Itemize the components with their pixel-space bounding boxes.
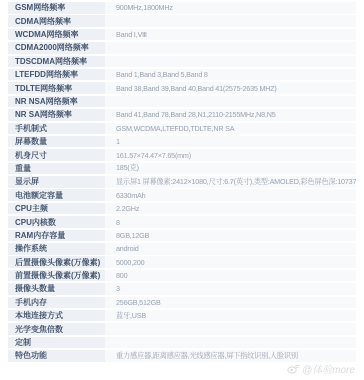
spec-table: GSM网络频率900MHz,1800MHzCDMA网络频率WCDMA网络频率Ba… [8, 2, 356, 364]
spec-value: 5000,200 [116, 258, 144, 267]
spec-value-cell: Band 41,Band 78,Band 28,N1,2110-2155MHz,… [105, 109, 356, 121]
spec-value-cell: 3 [105, 283, 356, 295]
spec-row: CDMA网络频率 [8, 15, 356, 27]
spec-label-cell: CPU主频 [8, 203, 105, 215]
spec-row: 本地连接方式蓝牙,USB [8, 310, 356, 322]
spec-value-cell: 2.2GHz [105, 203, 356, 215]
spec-label: CPU内核数 [15, 217, 56, 228]
spec-row: 摄像头数量3 [8, 283, 356, 295]
spec-value: 1 [116, 137, 120, 146]
spec-row: LTEFDD网络频率Band 1,Band 3,Band 5,Band 8 [8, 69, 356, 81]
spec-value-cell: 256GB,512GB [105, 297, 356, 309]
spec-label-cell: 手机内存 [8, 297, 105, 309]
spec-value-cell: Band Ⅰ,Ⅷ [105, 29, 356, 41]
spec-value-cell: 8GB,12GB [105, 230, 356, 242]
spec-label-cell: TDSCDMA网络频率 [8, 56, 105, 68]
spec-label-cell: 前置摄像头像素(万像素) [8, 270, 105, 282]
spec-label-cell: CDMA网络频率 [8, 15, 105, 27]
spec-value-cell [105, 337, 356, 349]
spec-row: CPU内核数8 [8, 216, 356, 228]
spec-label: 电池额定容量 [15, 190, 63, 201]
spec-value: 8 [116, 218, 120, 227]
spec-row: 手机内存256GB,512GB [8, 297, 356, 309]
spec-label: 机身尺寸 [15, 150, 47, 161]
spec-row: TDLTE网络频率Band 38,Band 39,Band 40,Band 41… [8, 82, 356, 94]
spec-label-cell: 显示屏 [8, 176, 105, 188]
spec-value: 显示屏1 屏幕像素:2412×1080,尺寸:6.7(英寸),类型:AMOLED… [116, 177, 356, 187]
spec-value-cell: 5000,200 [105, 256, 356, 268]
spec-label-cell: LTEFDD网络频率 [8, 69, 105, 81]
spec-label: 重量 [15, 163, 31, 174]
spec-value: Band 41,Band 78,Band 28,N1,2110-2155MHz,… [116, 110, 276, 119]
spec-value-cell [105, 15, 356, 27]
spec-row: RAM内存容量8GB,12GB [8, 230, 356, 242]
spec-row: 操作系统android [8, 243, 356, 255]
spec-label: CDMA2000网络频率 [15, 42, 89, 53]
spec-value: Band 1,Band 3,Band 5,Band 8 [116, 70, 208, 79]
spec-label: 定制 [15, 337, 31, 348]
spec-value: 蓝牙,USB [116, 311, 146, 321]
spec-row: 重量185(克) [8, 163, 356, 175]
spec-label-cell: CPU内核数 [8, 216, 105, 228]
spec-row: 电池额定容量6330mAh [8, 189, 356, 201]
spec-label: TDLTE网络频率 [15, 83, 72, 94]
spec-value-cell: 900MHz,1800MHz [105, 2, 356, 14]
spec-label-cell: 摄像头数量 [8, 283, 105, 295]
spec-label-cell: 本地连接方式 [8, 310, 105, 322]
spec-value: 256GB,512GB [116, 298, 161, 307]
spec-row: 屏幕数量1 [8, 136, 356, 148]
spec-value-cell: 蓝牙,USB [105, 310, 356, 322]
spec-label: 后置摄像头像素(万像素) [15, 257, 100, 268]
spec-label: CPU主频 [15, 203, 48, 214]
spec-row: 后置摄像头像素(万像素)5000,200 [8, 256, 356, 268]
spec-value-cell [105, 323, 356, 335]
weibo-icon [287, 363, 300, 374]
spec-value-cell: GSM,WCDMA,LTEFDD,TDLTE,NR SA [105, 123, 356, 135]
spec-value-cell: 800 [105, 270, 356, 282]
spec-row: NR SA网络频率Band 41,Band 78,Band 28,N1,2110… [8, 109, 356, 121]
spec-value: android [116, 244, 139, 253]
spec-label: 操作系统 [15, 243, 47, 254]
spec-label-cell: RAM内存容量 [8, 230, 105, 242]
spec-value-cell [105, 96, 356, 108]
spec-value: GSM,WCDMA,LTEFDD,TDLTE,NR SA [116, 124, 234, 133]
spec-label-cell: 特色功能 [8, 350, 105, 362]
spec-row: 前置摄像头像素(万像素)800 [8, 270, 356, 282]
spec-row: 手机制式GSM,WCDMA,LTEFDD,TDLTE,NR SA [8, 123, 356, 135]
spec-row: 定制 [8, 337, 356, 349]
spec-label-cell: 机身尺寸 [8, 149, 105, 161]
spec-label: NR NSA网络频率 [15, 96, 78, 107]
spec-value-cell: 6330mAh [105, 189, 356, 201]
spec-label: TDSCDMA网络频率 [15, 56, 87, 67]
spec-row: 特色功能重力感应器,距离感应器,光线感应器,屏下指纹识别,人脸识别 [8, 350, 356, 362]
spec-value-cell: Band 38,Band 39,Band 40,Band 41(2575-263… [105, 82, 356, 94]
spec-row: GSM网络频率900MHz,1800MHz [8, 2, 356, 14]
spec-label: 特色功能 [15, 350, 47, 361]
spec-label: RAM内存容量 [15, 230, 65, 241]
spec-value: 800 [116, 271, 127, 280]
spec-value-cell: 185(克) [105, 163, 356, 175]
spec-row: 机身尺寸161.57×74.47×7.65(mm) [8, 149, 356, 161]
spec-value-cell [105, 42, 356, 54]
spec-value-cell: 8 [105, 216, 356, 228]
spec-label: 前置摄像头像素(万像素) [15, 270, 100, 281]
spec-row: CPU主频2.2GHz [8, 203, 356, 215]
spec-label: 显示屏 [15, 176, 39, 187]
spec-label: 本地连接方式 [15, 310, 63, 321]
spec-value-cell: 重力感应器,距离感应器,光线感应器,屏下指纹识别,人脸识别 [105, 350, 356, 362]
spec-label-cell: WCDMA网络频率 [8, 29, 105, 41]
spec-value: 185(克) [116, 163, 139, 173]
spec-label-cell: TDLTE网络频率 [8, 82, 105, 94]
spec-label: CDMA网络频率 [15, 16, 71, 27]
spec-label-cell: 定制 [8, 337, 105, 349]
spec-label-cell: GSM网络频率 [8, 2, 105, 14]
spec-label: WCDMA网络频率 [15, 29, 79, 40]
spec-row: WCDMA网络频率Band Ⅰ,Ⅷ [8, 29, 356, 41]
spec-label-cell: 后置摄像头像素(万像素) [8, 256, 105, 268]
spec-label: NR SA网络频率 [15, 109, 72, 120]
spec-label-cell: 屏幕数量 [8, 136, 105, 148]
spec-label: 摄像头数量 [15, 283, 55, 294]
spec-row: 光学变焦倍数 [8, 323, 356, 335]
spec-value: 2.2GHz [116, 204, 139, 213]
spec-label: 屏幕数量 [15, 136, 47, 147]
spec-label-cell: 重量 [8, 163, 105, 175]
spec-label-cell: 光学变焦倍数 [8, 323, 105, 335]
spec-value: 161.57×74.47×7.65(mm) [116, 151, 191, 160]
spec-label: 手机制式 [15, 123, 47, 134]
spec-label-cell: 手机制式 [8, 123, 105, 135]
spec-row: 显示屏显示屏1 屏幕像素:2412×1080,尺寸:6.7(英寸),类型:AMO… [8, 176, 356, 188]
spec-value: Band Ⅰ,Ⅷ [116, 30, 147, 39]
spec-value: 8GB,12GB [116, 231, 149, 240]
spec-label-cell: NR NSA网络频率 [8, 96, 105, 108]
spec-row: NR NSA网络频率 [8, 96, 356, 108]
spec-value-cell [105, 56, 356, 68]
spec-label: GSM网络频率 [15, 2, 65, 13]
spec-label: 光学变焦倍数 [15, 324, 63, 335]
spec-value: 6330mAh [116, 191, 145, 200]
watermark: @体验more [287, 361, 355, 376]
spec-value-cell: Band 1,Band 3,Band 5,Band 8 [105, 69, 356, 81]
spec-label: 手机内存 [15, 297, 47, 308]
spec-row: CDMA2000网络频率 [8, 42, 356, 54]
spec-value-cell: 显示屏1 屏幕像素:2412×1080,尺寸:6.7(英寸),类型:AMOLED… [105, 176, 356, 188]
spec-value: 重力感应器,距离感应器,光线感应器,屏下指纹识别,人脸识别 [116, 351, 298, 361]
spec-label-cell: 电池额定容量 [8, 189, 105, 201]
spec-label-cell: CDMA2000网络频率 [8, 42, 105, 54]
spec-value: Band 38,Band 39,Band 40,Band 41(2575-263… [116, 84, 277, 93]
watermark-text: @体验more [302, 361, 355, 376]
spec-value-cell: android [105, 243, 356, 255]
spec-row: TDSCDMA网络频率 [8, 56, 356, 68]
spec-label-cell: NR SA网络频率 [8, 109, 105, 121]
spec-value-cell: 161.57×74.47×7.65(mm) [105, 149, 356, 161]
spec-value: 900MHz,1800MHz [116, 3, 173, 12]
spec-label-cell: 操作系统 [8, 243, 105, 255]
spec-value: 3 [116, 284, 120, 293]
spec-value-cell: 1 [105, 136, 356, 148]
spec-label: LTEFDD网络频率 [15, 69, 78, 80]
